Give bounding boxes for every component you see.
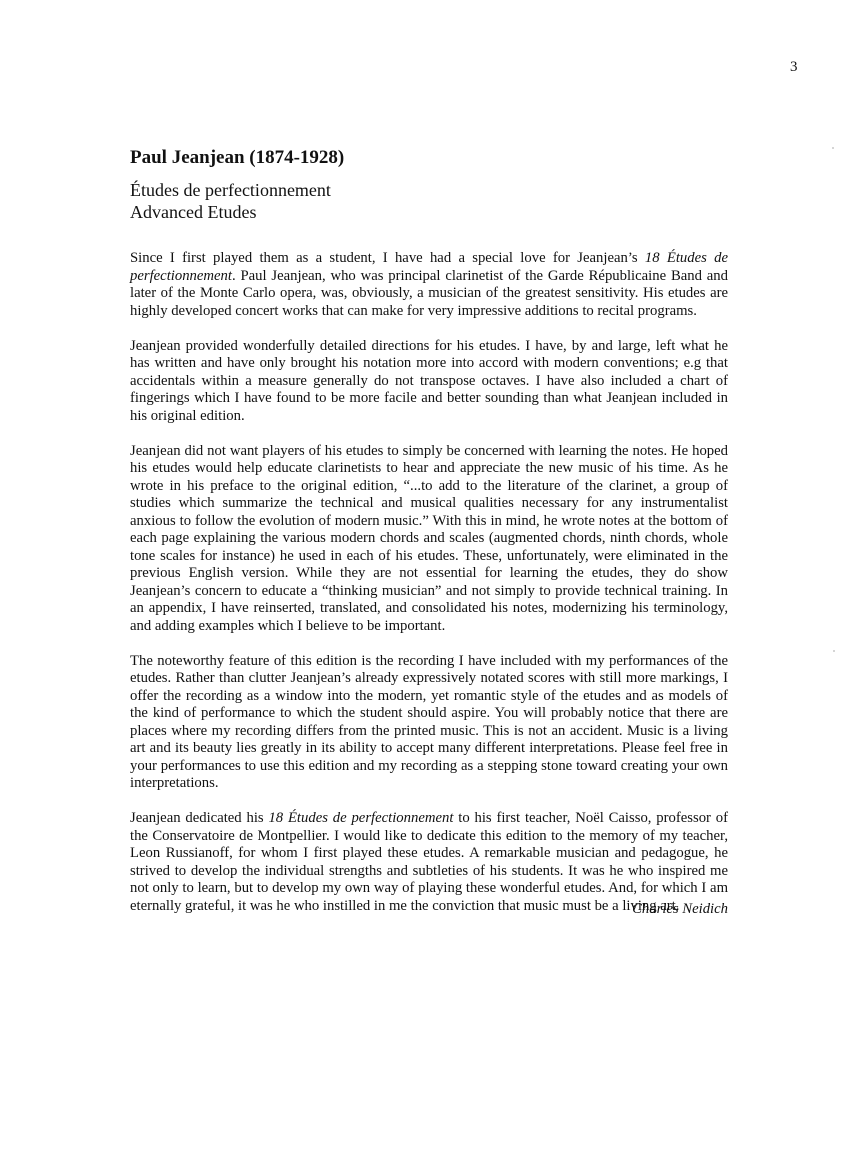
- paragraph-directions: Jeanjean provided wonderfully detailed d…: [130, 338, 728, 426]
- french-subtitle: Études de perfectionnement: [130, 179, 730, 201]
- body-text: Since I first played them as a student, …: [130, 250, 728, 933]
- paragraph-recording: The noteworthy feature of this edition i…: [130, 653, 728, 793]
- scan-speck: [832, 147, 834, 149]
- work-title-italic: 18 Études de perfectionnement: [268, 810, 453, 826]
- paragraph-text: Jeanjean dedicated his: [130, 810, 268, 826]
- page-number: 3: [790, 58, 798, 76]
- paragraph-dedication: Jeanjean dedicated his 18 Études de perf…: [130, 810, 728, 915]
- english-subtitle: Advanced Etudes: [130, 201, 730, 223]
- paragraph-education: Jeanjean did not want players of his etu…: [130, 443, 728, 636]
- paragraph-text: Since I first played them as a student, …: [130, 250, 645, 266]
- author-signature: Charles Neidich: [130, 901, 728, 919]
- composer-heading: Paul Jeanjean (1874-1928): [130, 146, 730, 170]
- paragraph-intro: Since I first played them as a student, …: [130, 250, 728, 320]
- document-header: Paul Jeanjean (1874-1928) Études de perf…: [130, 146, 730, 223]
- scan-speck: [833, 650, 835, 652]
